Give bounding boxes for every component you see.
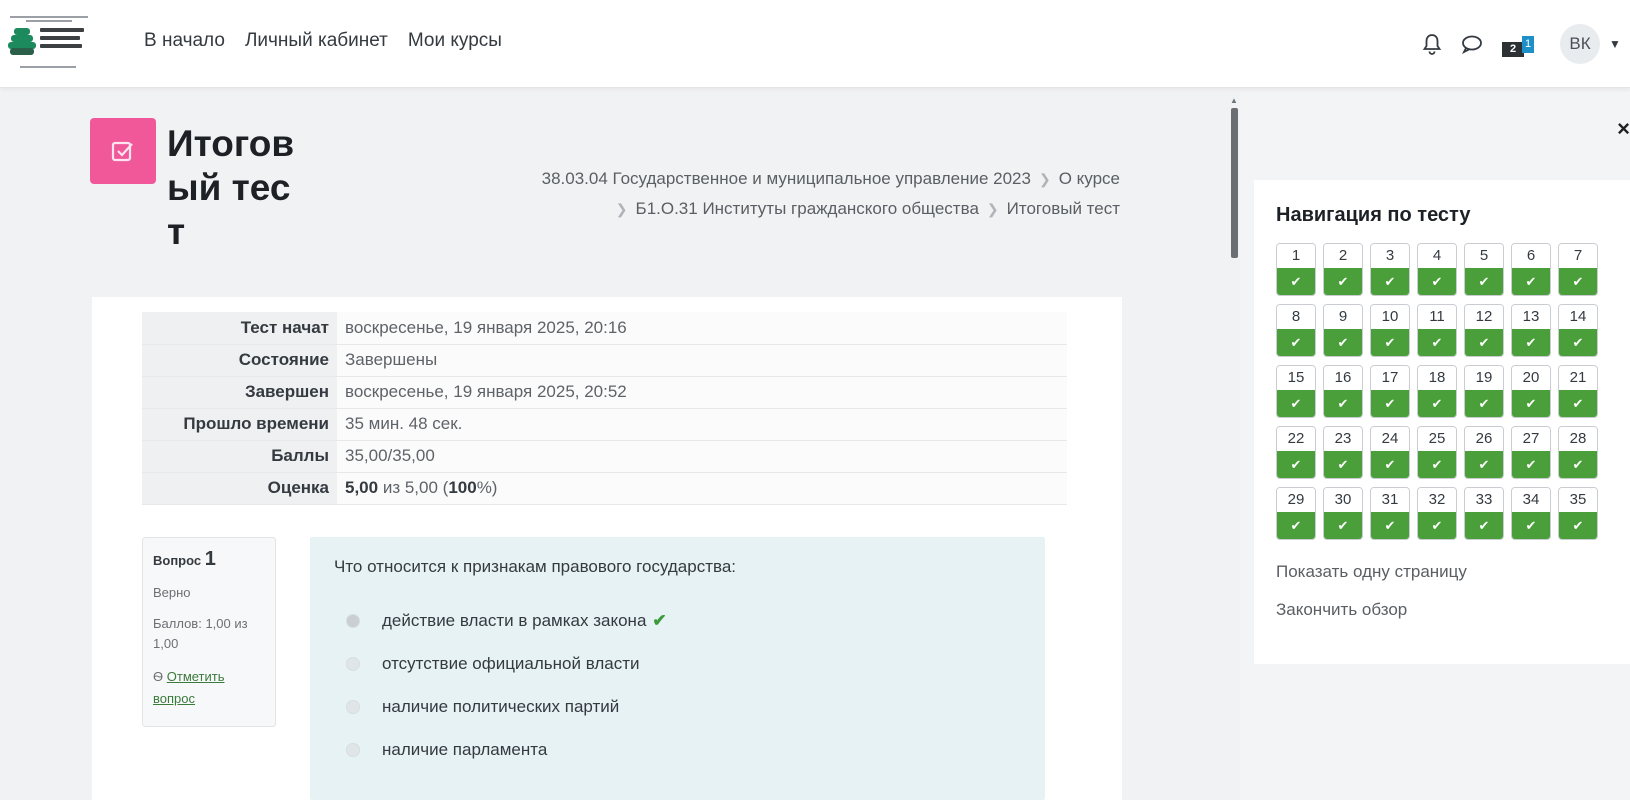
answer-option[interactable]: действие власти в рамках закона✔ (334, 599, 1021, 642)
question-nav-number: 2 (1324, 244, 1362, 268)
question-nav-number: 29 (1277, 488, 1315, 512)
attempt-summary-table: Тест начатвоскресенье, 19 января 2025, 2… (142, 312, 1067, 505)
scroll-up-arrow-icon[interactable]: ▲ (1230, 96, 1238, 105)
answer-radio[interactable] (346, 700, 360, 714)
question-nav-button[interactable]: 3✔ (1370, 243, 1410, 296)
question-nav-button[interactable]: 32✔ (1417, 487, 1457, 540)
question-nav-number: 14 (1559, 305, 1597, 329)
question-nav-number: 17 (1371, 366, 1409, 390)
correct-check-icon: ✔ (1277, 268, 1315, 296)
quiz-navigation-block: Навигация по тесту 1✔2✔3✔4✔5✔6✔7✔8✔9✔10✔… (1254, 180, 1630, 664)
question-nav-button[interactable]: 1✔ (1276, 243, 1316, 296)
quiz-review-card: Тест начатвоскресенье, 19 января 2025, 2… (92, 297, 1122, 800)
answer-option[interactable]: наличие парламента (334, 728, 1021, 771)
summary-label: Оценка (142, 472, 337, 504)
question-nav-number: 24 (1371, 427, 1409, 451)
answer-list: действие власти в рамках закона✔отсутств… (334, 599, 1021, 771)
correct-check-icon: ✔ (1465, 390, 1503, 418)
question-nav-button[interactable]: 20✔ (1511, 365, 1551, 418)
question-nav-button[interactable]: 9✔ (1323, 304, 1363, 357)
correct-check-icon: ✔ (1559, 390, 1597, 418)
breadcrumb-separator-icon: ❯ (1039, 171, 1051, 187)
answer-text: отсутствие официальной власти (382, 654, 640, 674)
close-drawer-button[interactable]: × (1617, 116, 1630, 142)
correct-check-icon: ✔ (1277, 512, 1315, 540)
question-status: Верно (153, 585, 265, 600)
quiz-navigation-title: Навигация по тесту (1276, 204, 1608, 227)
user-menu-chevron-down-icon[interactable]: ▼ (1600, 37, 1630, 51)
question-nav-number: 10 (1371, 305, 1409, 329)
question-nav-button[interactable]: 4✔ (1417, 243, 1457, 296)
question-nav-number: 20 (1512, 366, 1550, 390)
correct-check-icon: ✔ (1559, 512, 1597, 540)
answer-option[interactable]: отсутствие официальной власти (334, 642, 1021, 685)
correct-check-icon: ✔ (1324, 390, 1362, 418)
summary-value: воскресенье, 19 января 2025, 20:16 (337, 312, 1067, 344)
summary-label: Завершен (142, 376, 337, 408)
correct-check-icon: ✔ (1418, 268, 1456, 296)
question-nav-button[interactable]: 24✔ (1370, 426, 1410, 479)
breadcrumb-course[interactable]: Б1.О.31 Институты гражданского общества (636, 199, 979, 218)
question-nav-number: 5 (1465, 244, 1503, 268)
grade-mid: из 5,00 ( (378, 478, 448, 497)
notifications-button[interactable] (1412, 24, 1452, 64)
question-nav-button[interactable]: 33✔ (1464, 487, 1504, 540)
question-nav-button[interactable]: 27✔ (1511, 426, 1551, 479)
question-nav-button[interactable]: 6✔ (1511, 243, 1551, 296)
correct-check-icon: ✔ (1465, 268, 1503, 296)
question-nav-number: 18 (1418, 366, 1456, 390)
breadcrumb-current-quiz[interactable]: Итоговый тест (1007, 199, 1120, 218)
question-nav-button[interactable]: 5✔ (1464, 243, 1504, 296)
correct-check-icon: ✔ (1277, 329, 1315, 357)
summary-row: Оценка 5,00 из 5,00 (100%) (142, 472, 1067, 504)
question-nav-number: 13 (1512, 305, 1550, 329)
correct-check-icon: ✔ (1324, 329, 1362, 357)
question-nav-button[interactable]: 12✔ (1464, 304, 1504, 357)
question-nav-number: 15 (1277, 366, 1315, 390)
summary-row: Баллы35,00/35,00 (142, 440, 1067, 472)
question-number-value: 1 (205, 548, 216, 570)
answer-radio[interactable] (346, 657, 360, 671)
question-nav-number: 12 (1465, 305, 1503, 329)
correct-check-icon: ✔ (1418, 329, 1456, 357)
question-nav-number: 27 (1512, 427, 1550, 451)
question-nav-number: 6 (1512, 244, 1550, 268)
question-nav-button[interactable]: 25✔ (1417, 426, 1457, 479)
correct-check-icon: ✔ (1418, 390, 1456, 418)
question-number: Вопрос 1 (153, 548, 265, 571)
question-navigation-grid: 1✔2✔3✔4✔5✔6✔7✔8✔9✔10✔11✔12✔13✔14✔15✔16✔1… (1276, 243, 1608, 540)
user-avatar[interactable]: ВК (1560, 24, 1600, 64)
summary-label: Прошло времени (142, 408, 337, 440)
quiz-activity-icon (90, 118, 156, 184)
correct-check-icon: ✔ (1465, 329, 1503, 357)
question-nav-button[interactable]: 21✔ (1558, 365, 1598, 418)
question-nav-button[interactable]: 34✔ (1511, 487, 1551, 540)
question-nav-number: 9 (1324, 305, 1362, 329)
correct-check-icon: ✔ (1324, 451, 1362, 479)
summary-label: Тест начат (142, 312, 337, 344)
page-scrollbar[interactable]: ▲ (1229, 96, 1239, 800)
user-menu-area: 2 1 ВК ▼ (1412, 22, 1630, 66)
question-nav-number: 28 (1559, 427, 1597, 451)
question-nav-number: 8 (1277, 305, 1315, 329)
question-nav-button[interactable]: 7✔ (1558, 243, 1598, 296)
breadcrumb: 38.03.04 Государственное и муниципальное… (430, 164, 1120, 224)
question-nav-button[interactable]: 28✔ (1558, 426, 1598, 479)
summary-value: 35,00/35,00 (337, 440, 1067, 472)
quiz-navigation-links: Показать одну страницу Закончить обзор (1276, 562, 1608, 620)
correct-check-icon: ✔ (652, 611, 666, 631)
question-nav-number: 11 (1418, 305, 1456, 329)
correct-check-icon: ✔ (1512, 512, 1550, 540)
answer-text: действие власти в рамках закона (382, 611, 646, 631)
bell-icon (1422, 33, 1442, 55)
scrollbar-thumb[interactable] (1231, 108, 1238, 258)
question-nav-button[interactable]: 15✔ (1276, 365, 1316, 418)
question-nav-button[interactable]: 16✔ (1323, 365, 1363, 418)
question-nav-button[interactable]: 8✔ (1276, 304, 1316, 357)
question-nav-number: 3 (1371, 244, 1409, 268)
question-content: Что относится к признакам правового госу… (310, 537, 1045, 800)
question-nav-number: 22 (1277, 427, 1315, 451)
question-nav-number: 33 (1465, 488, 1503, 512)
primary-navigation: В начало Личный кабинет Мои курсы (144, 30, 502, 52)
question-label: Вопрос (153, 553, 201, 568)
nav-dashboard-link[interactable]: Личный кабинет (245, 30, 388, 52)
summary-row: Тест начатвоскресенье, 19 января 2025, 2… (142, 312, 1067, 344)
question-points: Баллов: 1,00 из 1,00 (153, 614, 265, 654)
flag-question-label[interactable]: Отметить вопрос (153, 669, 225, 706)
question-text: Что относится к признакам правового госу… (334, 557, 1021, 577)
question-info-panel: Вопрос 1 Верно Баллов: 1,00 из 1,00 Ѳ От… (142, 537, 276, 727)
grade-bold: 5,00 (345, 478, 378, 497)
messages-button[interactable] (1452, 24, 1492, 64)
summary-row: Завершенвоскресенье, 19 января 2025, 20:… (142, 376, 1067, 408)
score-dark-badge: 2 (1502, 42, 1524, 57)
correct-check-icon: ✔ (1418, 451, 1456, 479)
question-nav-button[interactable]: 23✔ (1323, 426, 1363, 479)
question-nav-button[interactable]: 18✔ (1417, 365, 1457, 418)
question-nav-number: 23 (1324, 427, 1362, 451)
score-blue-badge: 1 (1522, 36, 1534, 53)
flag-icon: Ѳ (153, 669, 163, 684)
correct-check-icon: ✔ (1324, 268, 1362, 296)
correct-check-icon: ✔ (1465, 512, 1503, 540)
correct-check-icon: ✔ (1559, 451, 1597, 479)
question-nav-number: 35 (1559, 488, 1597, 512)
correct-check-icon: ✔ (1418, 512, 1456, 540)
quiz-navigation-drawer: × Навигация по тесту 1✔2✔3✔4✔5✔6✔7✔8✔9✔1… (1240, 92, 1630, 800)
question-nav-button[interactable]: 22✔ (1276, 426, 1316, 479)
question-nav-button[interactable]: 31✔ (1370, 487, 1410, 540)
question-nav-number: 30 (1324, 488, 1362, 512)
question-nav-button[interactable]: 14✔ (1558, 304, 1598, 357)
question-nav-number: 31 (1371, 488, 1409, 512)
summary-value: 35 мин. 48 сек. (337, 408, 1067, 440)
show-one-page-link[interactable]: Показать одну страницу (1276, 562, 1608, 582)
grade-percent: 100 (448, 478, 476, 497)
question-nav-number: 7 (1559, 244, 1597, 268)
question-nav-number: 32 (1418, 488, 1456, 512)
question-nav-button[interactable]: 10✔ (1370, 304, 1410, 357)
question-nav-number: 16 (1324, 366, 1362, 390)
answer-radio[interactable] (346, 743, 360, 757)
summary-value: Завершены (337, 344, 1067, 376)
grade-value: 5,00 из 5,00 (100%) (337, 472, 1067, 504)
question-nav-button[interactable]: 26✔ (1464, 426, 1504, 479)
correct-check-icon: ✔ (1512, 390, 1550, 418)
summary-label: Состояние (142, 344, 337, 376)
correct-check-icon: ✔ (1371, 451, 1409, 479)
question-nav-button[interactable]: 11✔ (1417, 304, 1457, 357)
summary-row: СостояниеЗавершены (142, 344, 1067, 376)
correct-check-icon: ✔ (1371, 390, 1409, 418)
site-logo[interactable] (6, 14, 92, 74)
correct-check-icon: ✔ (1512, 451, 1550, 479)
top-navbar: В начало Личный кабинет Мои курсы 2 1 ВК… (0, 0, 1630, 88)
correct-check-icon: ✔ (1371, 512, 1409, 540)
question-nav-number: 4 (1418, 244, 1456, 268)
question-nav-button[interactable]: 19✔ (1464, 365, 1504, 418)
summary-label: Баллы (142, 440, 337, 472)
correct-check-icon: ✔ (1371, 329, 1409, 357)
correct-check-icon: ✔ (1371, 268, 1409, 296)
question-nav-number: 26 (1465, 427, 1503, 451)
correct-check-icon: ✔ (1277, 390, 1315, 418)
nav-home-link[interactable]: В начало (144, 30, 225, 52)
page-title: Итоговый тест (167, 122, 307, 254)
summary-value: воскресенье, 19 января 2025, 20:52 (337, 376, 1067, 408)
question-nav-number: 34 (1512, 488, 1550, 512)
score-indicator[interactable]: 2 1 (1498, 30, 1538, 58)
question-nav-button[interactable]: 30✔ (1323, 487, 1363, 540)
summary-row: Прошло времени35 мин. 48 сек. (142, 408, 1067, 440)
answer-text: наличие парламента (382, 740, 547, 760)
breadcrumb-program[interactable]: 38.03.04 Государственное и муниципальное… (542, 169, 1031, 188)
question-nav-button[interactable]: 13✔ (1511, 304, 1551, 357)
question-nav-number: 25 (1418, 427, 1456, 451)
question-nav-button[interactable]: 2✔ (1323, 243, 1363, 296)
breadcrumb-about-course[interactable]: О курсе (1059, 169, 1120, 188)
nav-my-courses-link[interactable]: Мои курсы (408, 30, 502, 52)
correct-check-icon: ✔ (1277, 451, 1315, 479)
answer-radio[interactable] (346, 614, 360, 628)
correct-check-icon: ✔ (1512, 329, 1550, 357)
correct-check-icon: ✔ (1559, 268, 1597, 296)
question-nav-button[interactable]: 35✔ (1558, 487, 1598, 540)
correct-check-icon: ✔ (1465, 451, 1503, 479)
grade-end: %) (477, 478, 498, 497)
question-nav-button[interactable]: 17✔ (1370, 365, 1410, 418)
question-nav-button[interactable]: 29✔ (1276, 487, 1316, 540)
question-nav-number: 1 (1277, 244, 1315, 268)
logo-stack-icon (8, 28, 38, 54)
question-nav-number: 21 (1559, 366, 1597, 390)
question-nav-number: 19 (1465, 366, 1503, 390)
answer-text: наличие политических партий (382, 697, 619, 717)
breadcrumb-separator-icon: ❯ (987, 201, 999, 217)
breadcrumb-separator-icon: ❯ (616, 201, 628, 217)
quiz-icon (110, 138, 136, 164)
correct-check-icon: ✔ (1512, 268, 1550, 296)
flag-question-link[interactable]: Ѳ Отметить вопрос (153, 666, 265, 710)
correct-check-icon: ✔ (1324, 512, 1362, 540)
correct-check-icon: ✔ (1559, 329, 1597, 357)
answer-option[interactable]: наличие политических партий (334, 685, 1021, 728)
finish-review-link[interactable]: Закончить обзор (1276, 600, 1608, 620)
chat-icon (1461, 34, 1483, 54)
